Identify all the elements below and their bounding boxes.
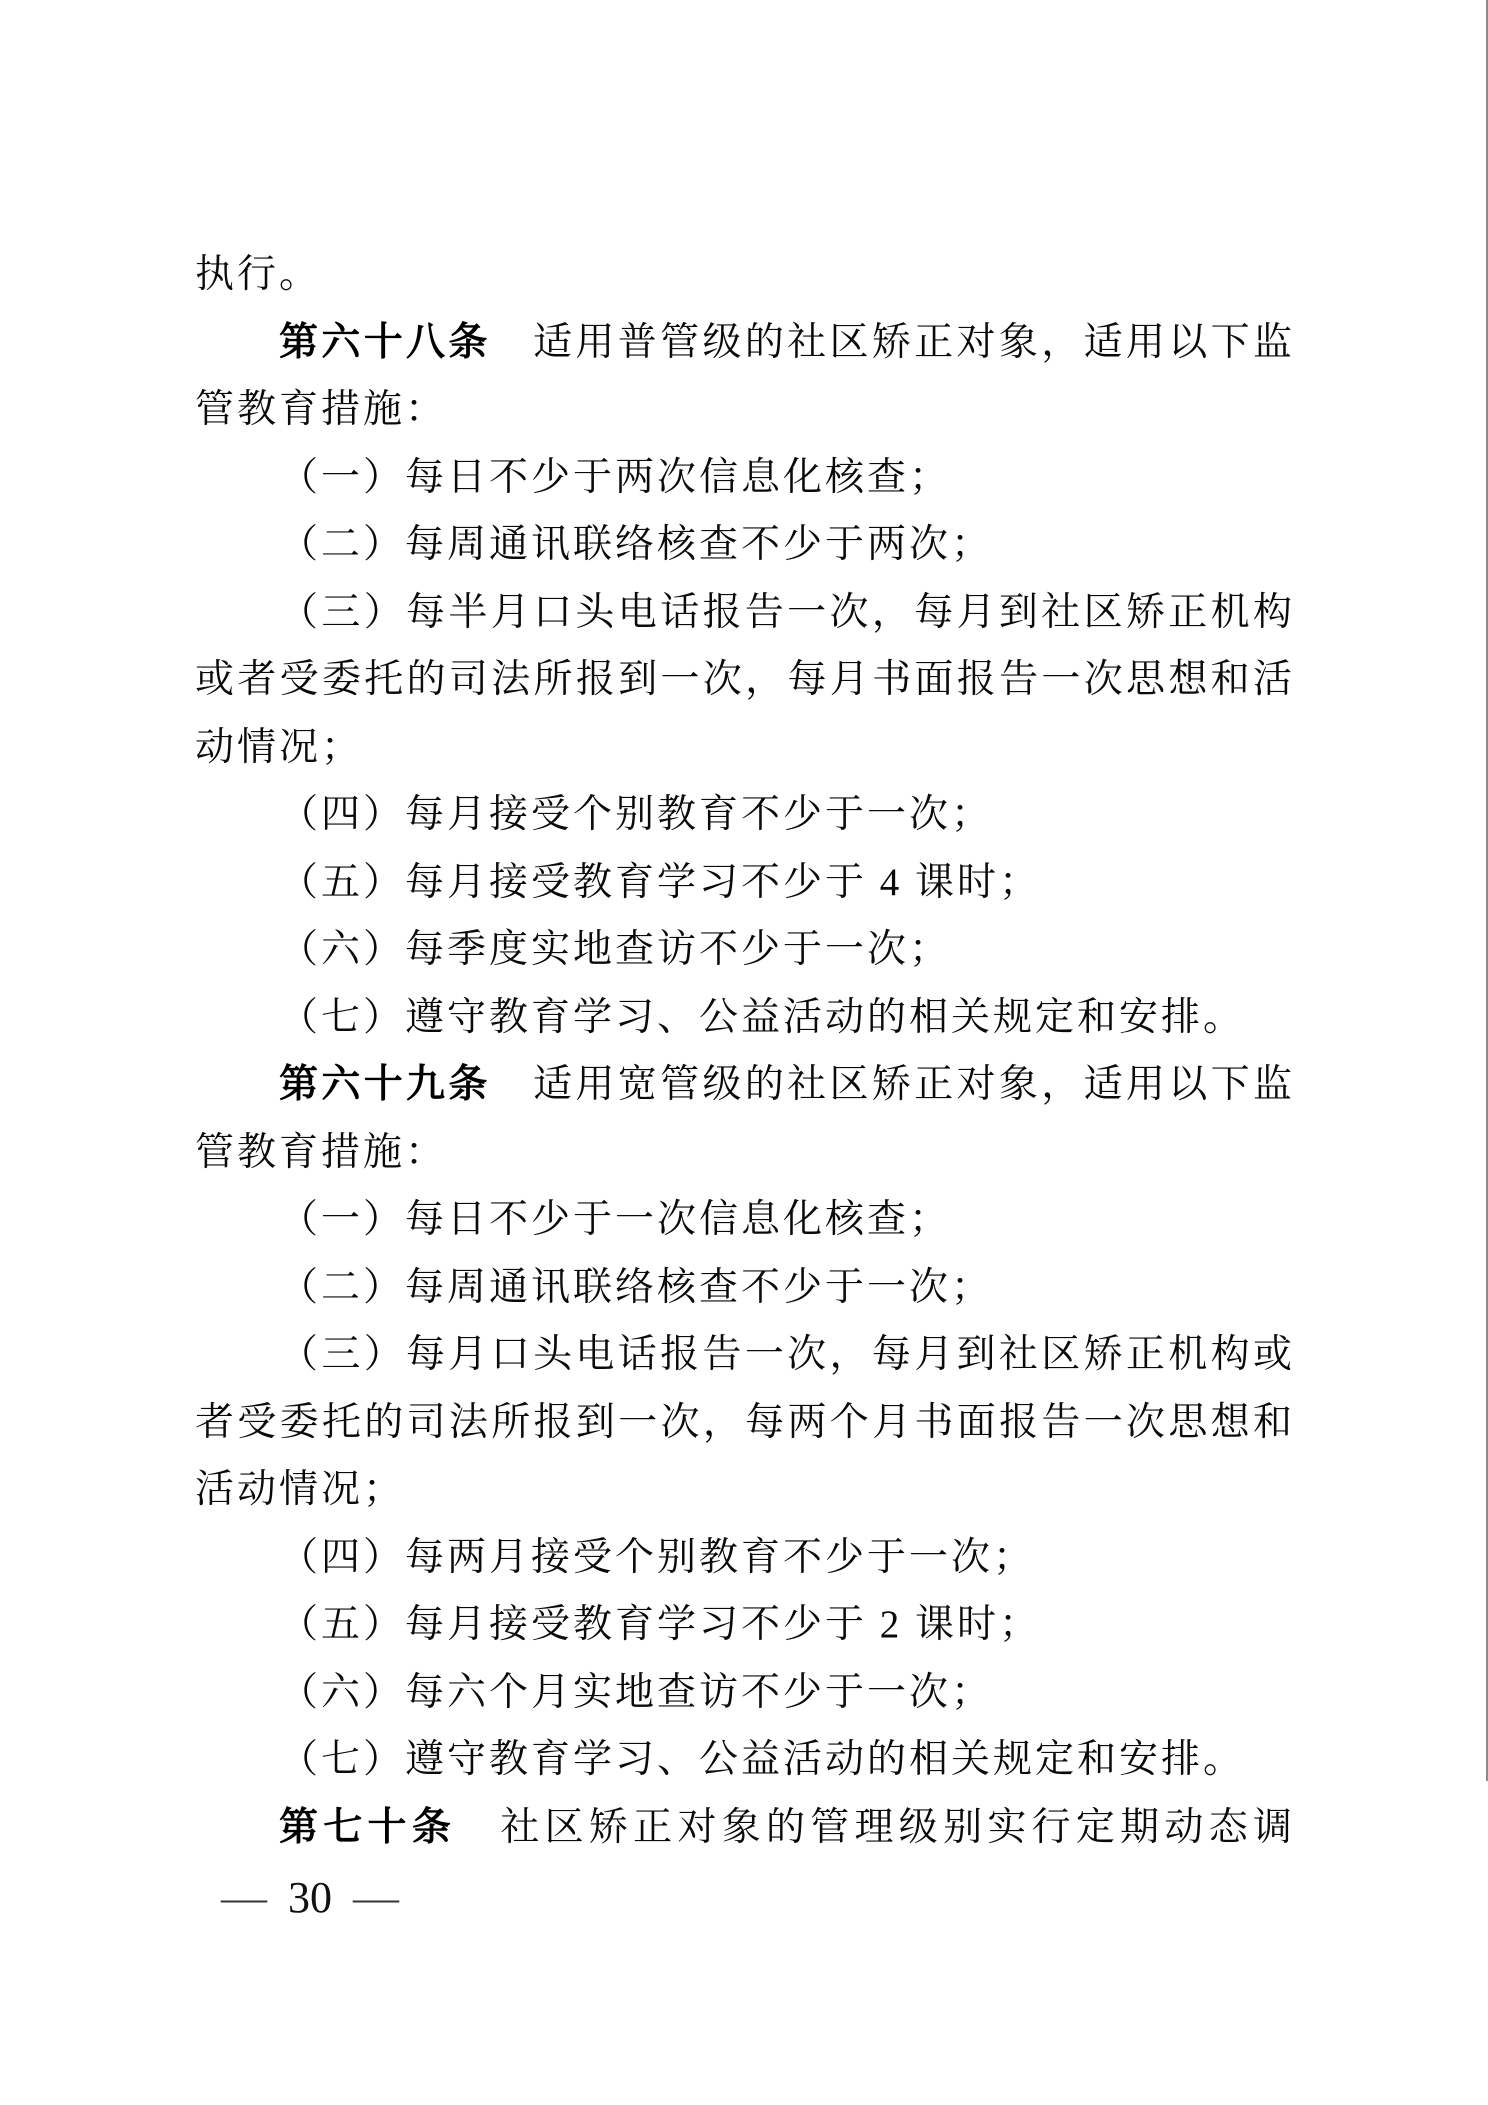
footer-dash-right: — <box>353 1866 399 1930</box>
list-item: （二）每周通讯联络核查不少于一次； <box>195 1254 1295 1322</box>
article-number: 第七十条 <box>279 1806 456 1849</box>
line-text: （六）每六个月实地查访不少于一次； <box>279 1671 993 1714</box>
doc-line: 活动情况； <box>195 1456 1295 1524</box>
doc-line: 管教育措施： <box>195 376 1295 444</box>
line-text: 动情况； <box>195 726 363 769</box>
line-text: 社区矫正对象的管理级别实行定期动态调 <box>456 1806 1295 1849</box>
list-item: （四）每月接受个别教育不少于一次； <box>195 781 1295 849</box>
line-text: （五）每月接受教育学习不少于 4 课时； <box>279 861 1041 904</box>
list-item: （七）遵守教育学习、公益活动的相关规定和安排。 <box>195 984 1295 1052</box>
list-item: （三）每月口头电话报告一次，每月到社区矫正机构或 <box>195 1321 1295 1389</box>
line-text: （三）每半月口头电话报告一次，每月到社区矫正机构 <box>279 591 1295 634</box>
document-page: 执行。 第六十八条 适用普管级的社区矫正对象，适用以下监 管教育措施： （一）每… <box>0 0 1488 2105</box>
line-text: （五）每月接受教育学习不少于 2 课时； <box>279 1603 1041 1646</box>
line-text: （三）每月口头电话报告一次，每月到社区矫正机构或 <box>279 1333 1295 1376</box>
line-text: 活动情况； <box>195 1468 405 1511</box>
document-body: 执行。 第六十八条 适用普管级的社区矫正对象，适用以下监 管教育措施： （一）每… <box>195 241 1295 1861</box>
doc-line: 管教育措施： <box>195 1119 1295 1187</box>
doc-line: 或者受委托的司法所报到一次，每月书面报告一次思想和活 <box>195 646 1295 714</box>
line-text: （一）每日不少于一次信息化核查； <box>279 1198 951 1241</box>
article-68-heading-line: 第六十八条 适用普管级的社区矫正对象，适用以下监 <box>195 309 1295 377</box>
line-text: （七）遵守教育学习、公益活动的相关规定和安排。 <box>279 1738 1245 1781</box>
line-text: 管教育措施： <box>195 388 447 431</box>
line-text: （四）每月接受个别教育不少于一次； <box>279 793 993 836</box>
line-text: （一）每日不少于两次信息化核查； <box>279 456 951 499</box>
list-item: （四）每两月接受个别教育不少于一次； <box>195 1524 1295 1592</box>
page-number: 30 <box>288 1866 332 1930</box>
line-text: 执行。 <box>195 253 321 296</box>
article-number: 第六十九条 <box>279 1063 491 1106</box>
list-item: （三）每半月口头电话报告一次，每月到社区矫正机构 <box>195 579 1295 647</box>
list-item: （五）每月接受教育学习不少于 2 课时； <box>195 1591 1295 1659</box>
article-70-heading-line: 第七十条 社区矫正对象的管理级别实行定期动态调 <box>195 1794 1295 1862</box>
doc-line: 动情况； <box>195 714 1295 782</box>
line-text: （四）每两月接受个别教育不少于一次； <box>279 1536 1035 1579</box>
line-text: 适用普管级的社区矫正对象，适用以下监 <box>491 321 1295 364</box>
line-text: （六）每季度实地查访不少于一次； <box>279 928 951 971</box>
list-item: （二）每周通讯联络核查不少于两次； <box>195 511 1295 579</box>
line-text: 管教育措施： <box>195 1131 447 1174</box>
line-text: （二）每周通讯联络核查不少于两次； <box>279 523 993 566</box>
line-text: （七）遵守教育学习、公益活动的相关规定和安排。 <box>279 996 1245 1039</box>
article-69-heading-line: 第六十九条 适用宽管级的社区矫正对象，适用以下监 <box>195 1051 1295 1119</box>
list-item: （六）每六个月实地查访不少于一次； <box>195 1659 1295 1727</box>
line-text: 或者受委托的司法所报到一次，每月书面报告一次思想和活 <box>195 658 1295 701</box>
doc-line: 执行。 <box>195 241 1295 309</box>
line-text: （二）每周通讯联络核查不少于一次； <box>279 1266 993 1309</box>
line-text: 者受委托的司法所报到一次，每两个月书面报告一次思想和 <box>195 1401 1295 1444</box>
list-item: （一）每日不少于两次信息化核查； <box>195 444 1295 512</box>
page-footer: — 30 — <box>224 1866 396 1930</box>
list-item: （六）每季度实地查访不少于一次； <box>195 916 1295 984</box>
list-item: （一）每日不少于一次信息化核查； <box>195 1186 1295 1254</box>
article-number: 第六十八条 <box>279 321 491 364</box>
doc-line: 者受委托的司法所报到一次，每两个月书面报告一次思想和 <box>195 1389 1295 1457</box>
list-item: （七）遵守教育学习、公益活动的相关规定和安排。 <box>195 1726 1295 1794</box>
footer-dash-left: — <box>221 1866 267 1930</box>
line-text: 适用宽管级的社区矫正对象，适用以下监 <box>491 1063 1295 1106</box>
list-item: （五）每月接受教育学习不少于 4 课时； <box>195 849 1295 917</box>
